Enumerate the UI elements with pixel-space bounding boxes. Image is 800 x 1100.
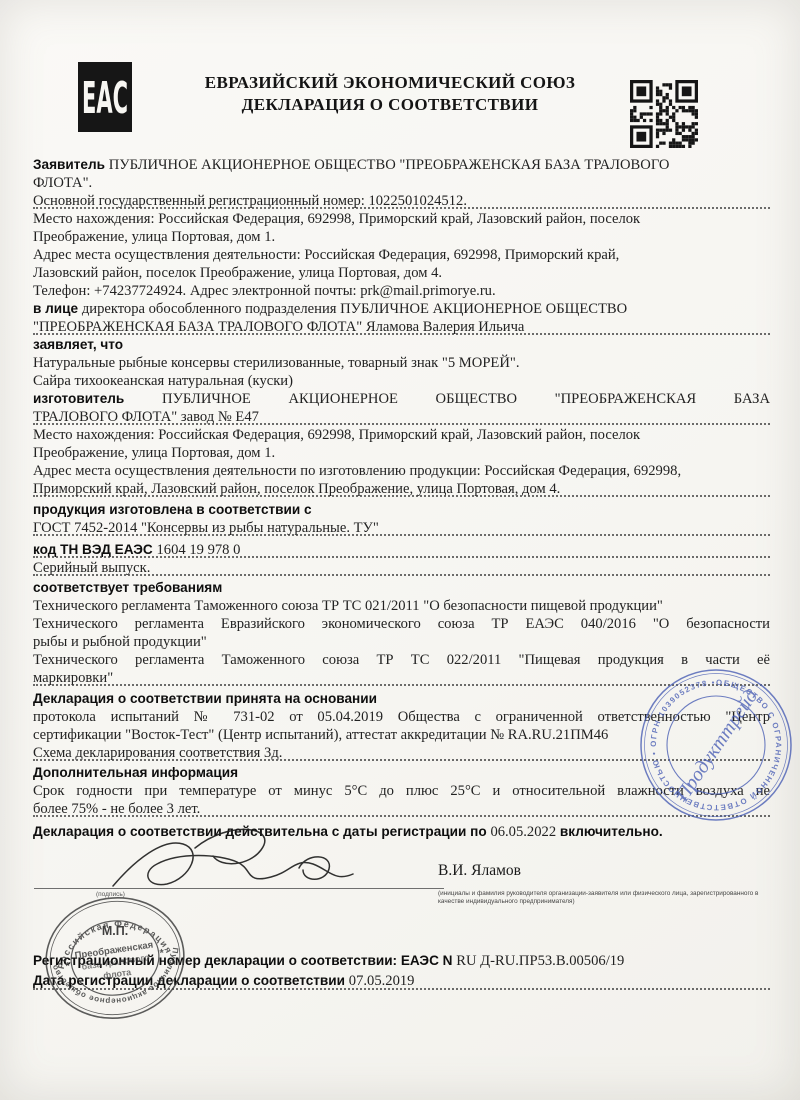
field-value: Преображение, улица Портовая, дом 1.	[33, 445, 275, 461]
title-line-1: ЕВРАЗИЙСКИЙ ЭКОНОМИЧЕСКИЙ СОЮЗ	[170, 72, 610, 94]
document-line: заявляет, что	[33, 336, 770, 354]
document-line: ТРАЛОВОГО ФЛОТА" завод № Е47	[33, 408, 770, 426]
field-value: Место нахождения: Российская Федерация, …	[33, 211, 640, 227]
document-line: Основной государственный регистрационный…	[33, 192, 770, 210]
field-value: директора обособленного подразделения ПУ…	[82, 301, 627, 317]
field-label: продукция изготовлена в соответствии с	[33, 502, 312, 517]
qr-code	[630, 80, 698, 148]
field-value: рыбы и рыбной продукции"	[33, 634, 207, 650]
field-value: ГОСТ 7452-2014 "Консервы из рыбы натурал…	[33, 520, 379, 536]
field-value: ПУБЛИЧНОЕ АКЦИОНЕРНОЕ ОБЩЕСТВО "ПРЕОБРАЖ…	[162, 391, 770, 407]
document-line: Лазовский район, поселок Преображение, у…	[33, 264, 770, 282]
document-line: Сайра тихоокеанская натуральная (куски)	[33, 372, 770, 390]
stamp-blue-script-text: Продукттрейд	[671, 686, 762, 807]
declaration-document: ЕАС ЕВРАЗИЙСКИЙ ЭКОНОМИЧЕСКИЙ СОЮЗ ДЕКЛА…	[0, 0, 800, 1100]
field-label: изготовитель	[33, 391, 162, 406]
field-value: более 75% - не более 3 лет.	[33, 801, 200, 817]
document-line: Заявитель ПУБЛИЧНОЕ АКЦИОНЕРНОЕ ОБЩЕСТВО…	[33, 156, 770, 174]
field-value: Место нахождения: Российская Федерация, …	[33, 427, 640, 443]
field-label: Декларация о соответствии принята на осн…	[33, 691, 377, 706]
document-line: Натуральные рыбные консервы стерилизован…	[33, 354, 770, 372]
document-line: продукция изготовлена в соответствии с	[33, 501, 770, 519]
field-value: 1604 19 978 0	[156, 542, 240, 558]
field-value: Лазовский район, поселок Преображение, у…	[33, 265, 442, 281]
field-value: 06.05.2022	[490, 824, 556, 840]
field-value: 07.05.2019	[349, 973, 415, 989]
field-value: Сайра тихоокеанская натуральная (куски)	[33, 373, 293, 389]
document-line: Телефон: +74237724924. Адрес электронной…	[33, 282, 770, 300]
round-stamp-blue: ОБЩЕСТВО С ОГРАНИЧЕННОЙ ОТВЕТСТВЕННОСТЬЮ…	[636, 664, 798, 826]
field-value: Адрес места осуществления деятельности: …	[33, 247, 619, 263]
field-label: в лице	[33, 301, 82, 316]
field-label: включительно.	[556, 824, 663, 839]
document-line: в лице директора обособленного подраздел…	[33, 300, 770, 318]
field-value: ТРАЛОВОГО ФЛОТА" завод № Е47	[33, 409, 259, 425]
document-line: "ПРЕОБРАЖЕНСКАЯ БАЗА ТРАЛОВОГО ФЛОТА" Ял…	[33, 318, 770, 336]
title-line-2: ДЕКЛАРАЦИЯ О СООТВЕТСТВИИ	[170, 94, 610, 116]
document-line: соответствует требованиям	[33, 579, 770, 597]
field-label: Заявитель	[33, 157, 109, 172]
document-line: код ТН ВЭД ЕАЭС 1604 19 978 0	[33, 541, 770, 559]
field-value: Серийный выпуск.	[33, 560, 150, 576]
field-value: Схема декларирования соответствия 3д.	[33, 745, 282, 761]
stamp-black-star-left: *	[65, 960, 72, 973]
document-line: Технического регламента Евразийского эко…	[33, 615, 770, 633]
field-value: ФЛОТА".	[33, 175, 92, 191]
document-line: Место нахождения: Российская Федерация, …	[33, 210, 770, 228]
field-value: Натуральные рыбные консервы стерилизован…	[33, 355, 520, 371]
document-line: изготовитель ПУБЛИЧНОЕ АКЦИОНЕРНОЕ ОБЩЕС…	[33, 390, 770, 408]
field-value: Основной государственный регистрационный…	[33, 193, 467, 209]
field-value: "ПРЕОБРАЖЕНСКАЯ БАЗА ТРАЛОВОГО ФЛОТА" Ял…	[33, 319, 524, 335]
document-line: Приморский край, Лазовский район, посело…	[33, 480, 770, 498]
eac-logo-letters: ЕАС	[82, 73, 128, 124]
field-value: маркировки"	[33, 670, 113, 686]
field-value: Приморский край, Лазовский район, посело…	[33, 481, 560, 497]
round-stamp-black: Российская Федерация Публичное акционерн…	[38, 889, 198, 1029]
document-line: Преображение, улица Портовая, дом 1.	[33, 228, 770, 246]
document-line: ФЛОТА".	[33, 174, 770, 192]
field-label: код ТН ВЭД ЕАЭС	[33, 542, 156, 557]
document-line: Место нахождения: Российская Федерация, …	[33, 426, 770, 444]
field-value: Преображение, улица Портовая, дом 1.	[33, 229, 275, 245]
document-title: ЕВРАЗИЙСКИЙ ЭКОНОМИЧЕСКИЙ СОЮЗ ДЕКЛАРАЦИ…	[170, 72, 610, 116]
field-value: Технического регламента Таможенного союз…	[33, 598, 663, 614]
field-value: сертификации "Восток-Тест" (Центр испыта…	[33, 727, 608, 743]
stamp-place-mark-mp: М.П.	[102, 924, 128, 938]
document-line: Преображение, улица Портовая, дом 1.	[33, 444, 770, 462]
handwritten-signature	[95, 826, 365, 896]
document-line: Адрес места осуществления деятельности: …	[33, 246, 770, 264]
document-line: Серийный выпуск.	[33, 559, 770, 577]
field-value: ПУБЛИЧНОЕ АКЦИОНЕРНОЕ ОБЩЕСТВО "ПРЕОБРАЖ…	[109, 157, 670, 173]
document-line: рыбы и рыбной продукции"	[33, 633, 770, 651]
field-value: Технического регламента Евразийского эко…	[33, 616, 770, 632]
field-value: Адрес места осуществления деятельности п…	[33, 463, 681, 479]
field-value: RU Д-RU.ПР53.В.00506/19	[456, 953, 624, 969]
signatory-name: В.И. Яламов	[438, 862, 521, 880]
eac-logo: ЕАС	[78, 62, 132, 132]
document-line: ГОСТ 7452-2014 "Консервы из рыбы натурал…	[33, 519, 770, 537]
field-label: Дополнительная информация	[33, 765, 238, 780]
document-line: Адрес места осуществления деятельности п…	[33, 462, 770, 480]
field-label: заявляет, что	[33, 337, 123, 352]
field-label: соответствует требованиям	[33, 580, 222, 595]
document-line: Технического регламента Таможенного союз…	[33, 597, 770, 615]
field-value: Телефон: +74237724924. Адрес электронной…	[33, 283, 496, 299]
stamp-black-center-line-3: флота	[103, 967, 133, 981]
signatory-name-caption: (инициалы и фамилия руководителя организ…	[438, 890, 773, 906]
